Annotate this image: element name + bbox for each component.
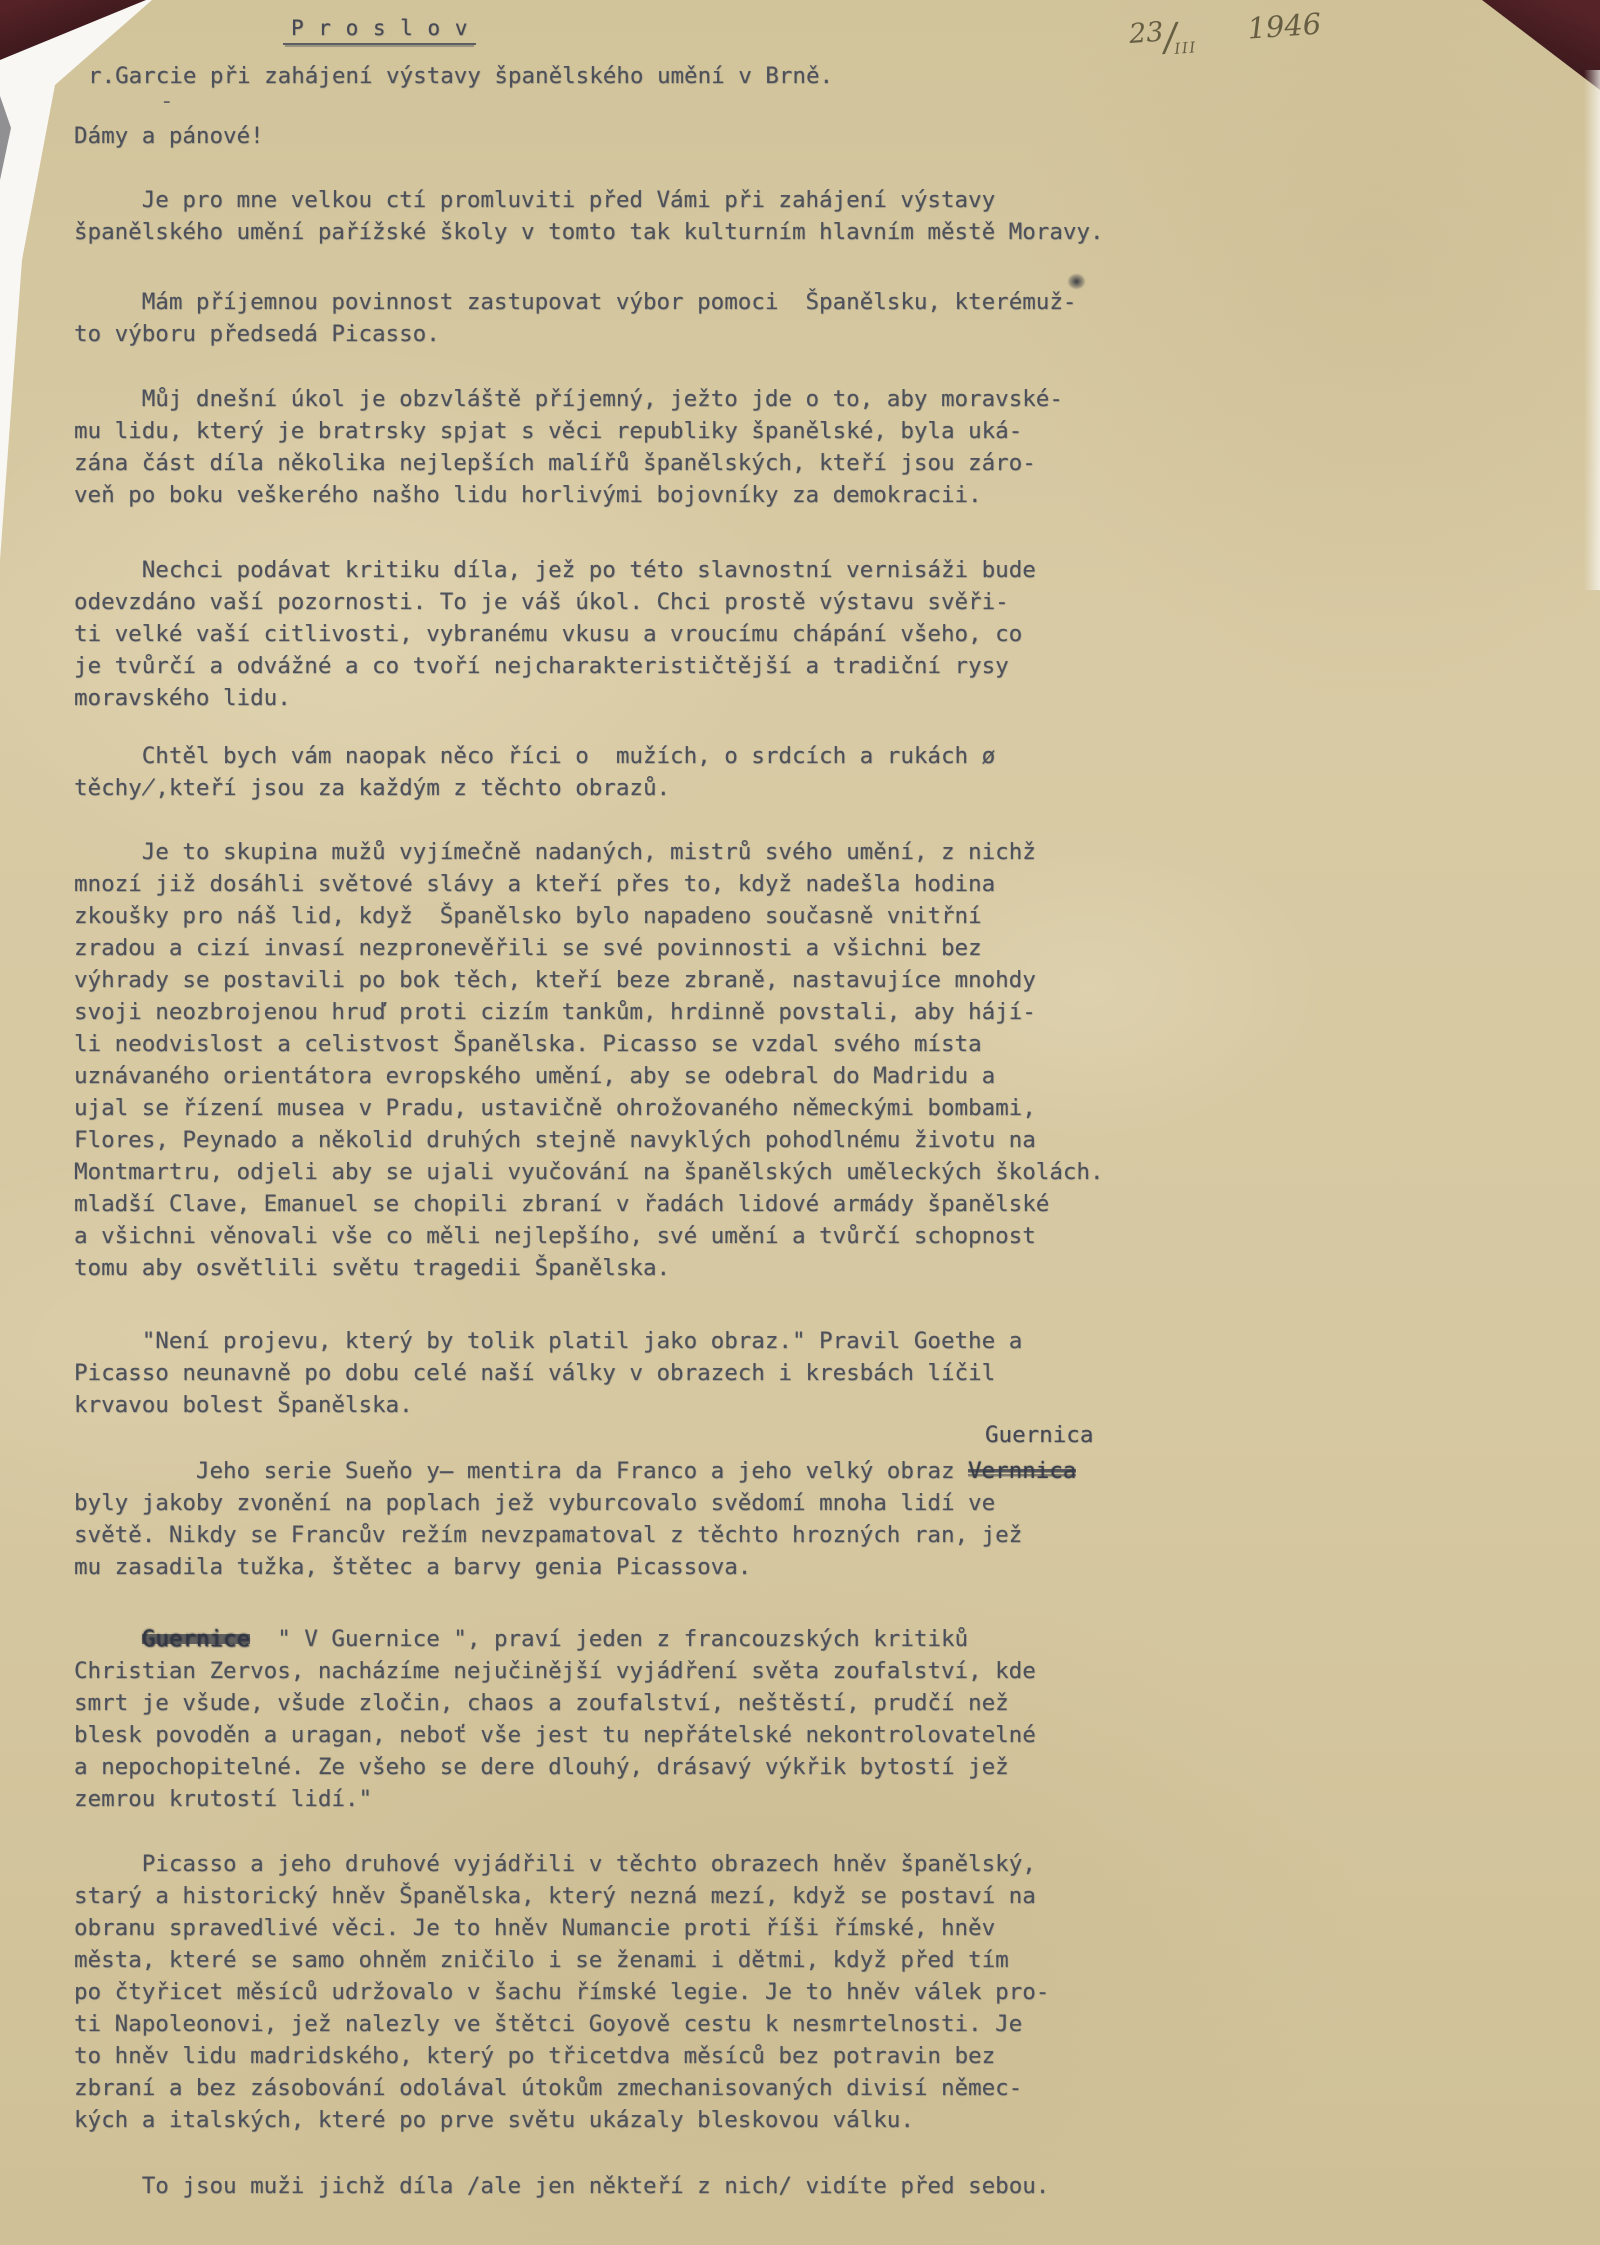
- page-right-edge-highlight: [1584, 70, 1600, 590]
- paragraph-text: [74, 1626, 142, 1652]
- paragraph: Guernice " V Guernice ", praví jeden z f…: [74, 1623, 1254, 1815]
- paragraph: Picasso a jeho druhové vyjádřili v těcht…: [74, 1848, 1254, 2136]
- paragraph: Můj dnešní úkol je obzvláště příjemný, j…: [74, 383, 1254, 511]
- handwritten-date: 23/III1946: [1128, 5, 1323, 62]
- scanner-bed-corner-top-right: [1482, 0, 1600, 90]
- struck-out-word: Vernnica: [968, 1458, 1076, 1484]
- blotted-out-word: Guernice: [142, 1626, 250, 1652]
- paragraph: Chtěl bych vám naopak něco říci o mužích…: [74, 740, 1254, 804]
- date-day: 23: [1128, 17, 1164, 50]
- date-year: 1946: [1246, 7, 1322, 46]
- date-month: III: [1174, 38, 1197, 58]
- scanned-typewritten-page: P r o s l o v r.Garcie při zahájení výst…: [0, 0, 1600, 2245]
- typed-correction-guernica: Guernica: [985, 1422, 1093, 1448]
- page-title: P r o s l o v: [283, 16, 476, 45]
- salutation: Dámy a pánové!: [74, 120, 1254, 152]
- paragraph: To jsou muži jichž díla /ale jen někteří…: [74, 2170, 1254, 2202]
- paragraph: Nechci podávat kritiku díla, jež po této…: [74, 554, 1254, 714]
- paragraph-text: " V Guernice ", praví jeden z francouzsk…: [74, 1626, 1036, 1812]
- paragraph-text: Jeho serie Sueňo y̶ mentira da Franco a …: [74, 1458, 968, 1484]
- paragraph: Je pro mne velkou ctí promluviti před Vá…: [74, 184, 1254, 248]
- paragraph: Je to skupina mužů vyjímečně nadaných, m…: [74, 836, 1254, 1284]
- subtitle-line: r.Garcie při zahájení výstavy španělskéh…: [88, 60, 1268, 92]
- paragraph: Mám příjemnou povinnost zastupovat výbor…: [74, 286, 1254, 350]
- stray-typed-mark: -: [160, 88, 174, 114]
- paragraph: "Není projevu, který by tolik platil jak…: [74, 1325, 1254, 1421]
- paragraph-text: byly jakoby zvonění na poplach jež vybur…: [74, 1490, 1022, 1580]
- paragraph: Jeho serie Sueňo y̶ mentira da Franco a …: [74, 1455, 1254, 1583]
